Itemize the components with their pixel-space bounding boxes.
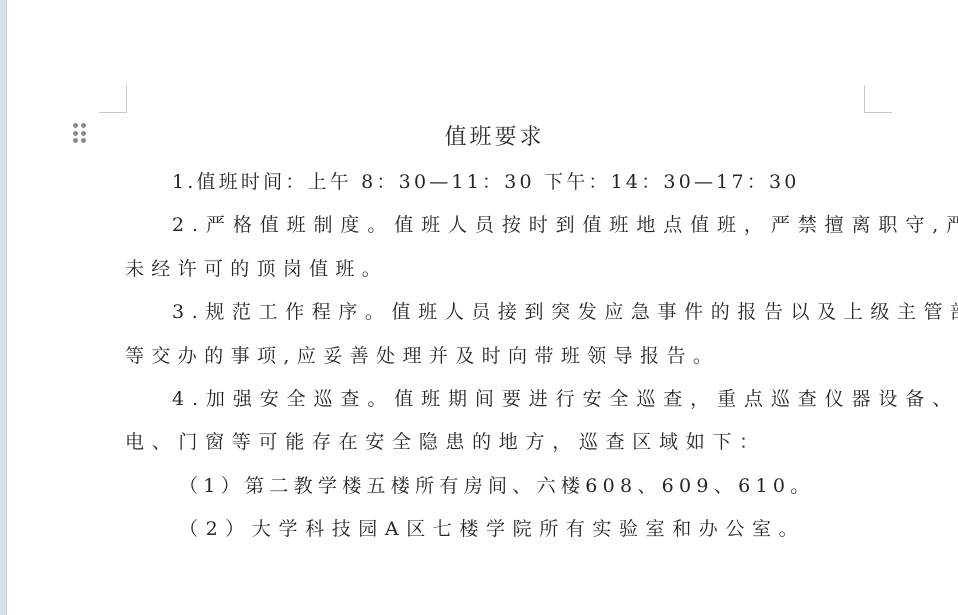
patrol-area-item-1[interactable]: （1）第二教学楼五楼所有房间、六楼608、609、610。 — [179, 474, 815, 498]
paragraph-duty-rules-line-1[interactable]: 2.严格值班制度。值班人员按时到值班地点值班，严禁擅离职守,严禁 — [172, 213, 958, 237]
window-left-edge — [0, 0, 7, 615]
paragraph-duty-rules-line-2[interactable]: 未经许可的顶岗值班。 — [125, 257, 388, 281]
paragraph-duty-hours[interactable]: 1.值班时间：上午 8：30—11：30 下午：14：30—17：30 — [172, 170, 800, 194]
top-right-margin-corner-mark — [864, 85, 892, 113]
document-page[interactable]: 值班要求 1.值班时间：上午 8：30—11：30 下午：14：30—17：30… — [7, 0, 958, 615]
paragraph-safety-patrol-line-1[interactable]: 4.加强安全巡查。值班期间要进行安全巡查，重点巡查仪器设备、水、 — [172, 387, 958, 411]
patrol-area-item-2[interactable]: （2）大学科技园A区七楼学院所有实验室和办公室。 — [179, 517, 805, 541]
paragraph-work-procedure-line-2[interactable]: 等交办的事项,应妥善处理并及时向带班领导报告。 — [125, 344, 719, 368]
paragraph-work-procedure-line-1[interactable]: 3.规范工作程序。值班人员接到突发应急事件的报告以及上级主管部门 — [172, 300, 958, 324]
paragraph-safety-patrol-line-2[interactable]: 电、门窗等可能存在安全隐患的地方，巡查区域如下： — [125, 430, 766, 454]
document-title[interactable]: 值班要求 — [7, 124, 958, 152]
top-left-margin-corner-mark — [99, 85, 127, 113]
